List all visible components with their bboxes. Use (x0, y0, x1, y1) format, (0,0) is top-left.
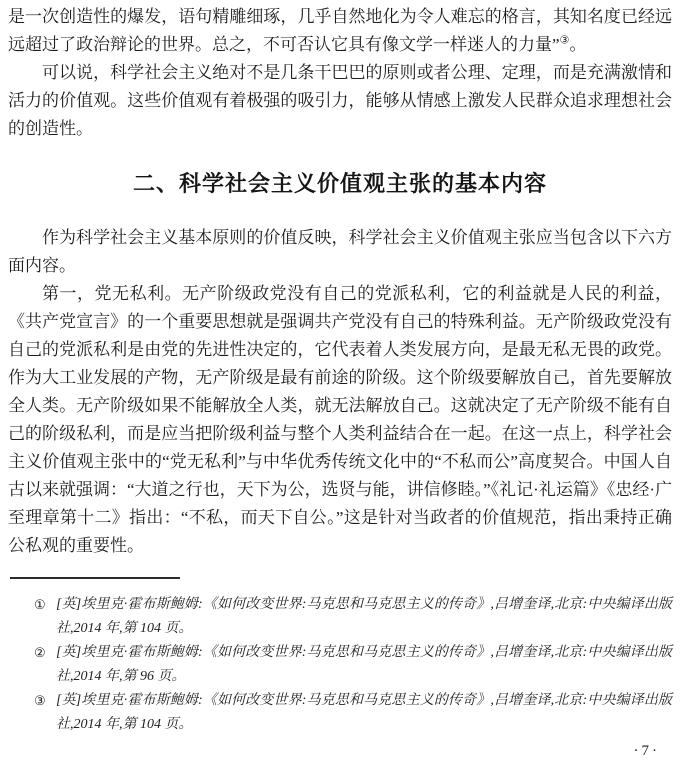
footnotes: ① [英]埃里克·霍布斯鲍姆:《如何改变世界:马克思和马克思主义的传奇》,吕增奎… (8, 593, 672, 737)
paragraph: 第一，党无私利。无产阶级政党没有自己的党派私利，它的利益就是人民的利益，《共产党… (8, 280, 672, 560)
paragraph-text: 。 (569, 35, 586, 54)
body-text: 是一次创造性的爆发，语句精雕细琢，几乎自然地化为令人难忘的格言，其知名度已经远远… (8, 3, 672, 560)
footnote-marker: ① (34, 593, 46, 617)
footnote-text: [英]埃里克·霍布斯鲍姆:《如何改变世界:马克思和马克思主义的传奇》,吕增奎译,… (56, 645, 672, 684)
footnote-1: ① [英]埃里克·霍布斯鲍姆:《如何改变世界:马克思和马克思主义的传奇》,吕增奎… (8, 593, 672, 641)
footnote-text: [英]埃里克·霍布斯鲍姆:《如何改变世界:马克思和马克思主义的传奇》,吕增奎译,… (56, 693, 672, 732)
footnote-reference-3: ③ (560, 34, 570, 46)
paragraph: 作为科学社会主义基本原则的价值反映，科学社会主义价值观主张应当包含以下六方面内容… (8, 224, 672, 280)
paragraph: 可以说，科学社会主义绝对不是几条干巴巴的原则或者公理、定理，而是充满激情和活力的… (8, 59, 672, 143)
section-heading: 二、科学社会主义价值观主张的基本内容 (8, 169, 672, 199)
footnote-2: ② [英]埃里克·霍布斯鲍姆:《如何改变世界:马克思和马克思主义的传奇》,吕增奎… (8, 641, 672, 689)
page-number: ·7· (634, 743, 661, 760)
footnote-marker: ③ (34, 689, 46, 713)
footnote-separator (10, 577, 180, 579)
paragraph-continuation: 是一次创造性的爆发，语句精雕细琢，几乎自然地化为令人难忘的格言，其知名度已经远远… (8, 3, 672, 59)
footnote-marker: ② (34, 641, 46, 665)
book-page: 是一次创造性的爆发，语句精雕细琢，几乎自然地化为令人难忘的格言，其知名度已经远远… (0, 0, 680, 767)
footnote-3: ③ [英]埃里克·霍布斯鲍姆:《如何改变世界:马克思和马克思主义的传奇》,吕增奎… (8, 689, 672, 737)
footnote-text: [英]埃里克·霍布斯鲍姆:《如何改变世界:马克思和马克思主义的传奇》,吕增奎译,… (56, 597, 672, 636)
